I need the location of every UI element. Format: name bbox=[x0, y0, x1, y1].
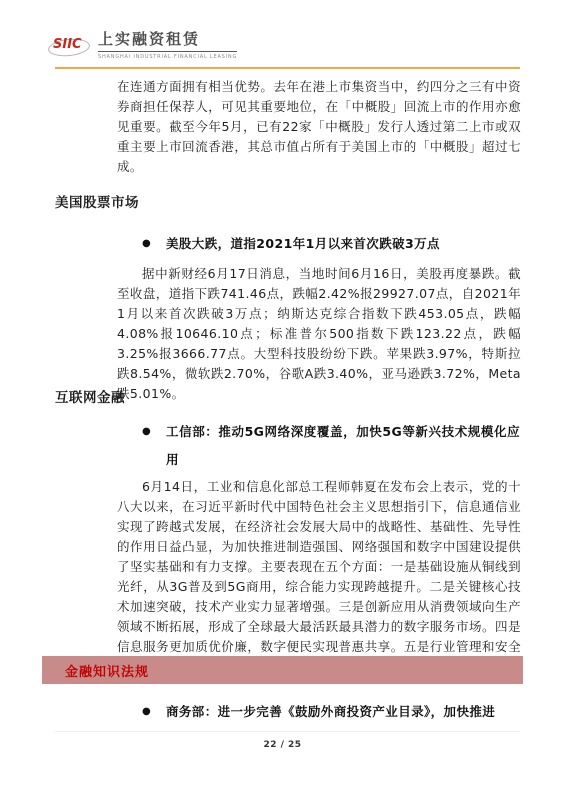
bullet-icon: ● bbox=[142, 418, 166, 446]
internet-finance-paragraph: 6月14日，工业和信息化部总工程师韩夏在发布会上表示，党的十八大以来，在习近平新… bbox=[117, 477, 521, 677]
company-name-cn: 上实融资租赁 bbox=[98, 28, 237, 52]
us-stock-paragraph: 据中新财经6月17日消息，当地时间6月16日，美股再度暴跌。截至收盘，道指下跌7… bbox=[117, 264, 521, 404]
footer-divider bbox=[55, 731, 520, 732]
bullet-item-us-stock: ● 美股大跌，道指2021年1月以来首次跌破3万点 bbox=[142, 230, 520, 258]
banner-label: 金融知识法规 bbox=[65, 661, 149, 680]
company-name-en: SHANGHAI INDUSTRIAL FINANCIAL LEASING bbox=[98, 54, 237, 60]
section-heading-us-stock-market: 美国股票市场 bbox=[55, 191, 139, 211]
bullet-item-mofcom: ● 商务部：进一步完善《鼓励外商投资产业目录》，加快推进 bbox=[142, 698, 520, 726]
page-number: 22 / 25 bbox=[0, 740, 565, 750]
siic-logo-text: SIIC bbox=[53, 37, 82, 52]
section-heading-internet-finance: 互联网金融 bbox=[55, 386, 125, 406]
siic-logo-icon: SIIC bbox=[48, 34, 92, 60]
bullet-item-title: 美股大跌，道指2021年1月以来首次跌破3万点 bbox=[166, 230, 520, 258]
bullet-icon: ● bbox=[142, 698, 166, 726]
bullet-item-title: 工信部：推动5G网络深度覆盖，加快5G等新兴技术规模化应用 bbox=[166, 418, 520, 474]
intro-paragraph: 在连通方面拥有相当优势。去年在港上市集资当中，约四分之三有中资券商担任保荐人，可… bbox=[117, 77, 521, 177]
bullet-item-internet-finance: ● 工信部：推动5G网络深度覆盖，加快5G等新兴技术规模化应用 bbox=[142, 418, 520, 474]
company-name-block: 上实融资租赁 SHANGHAI INDUSTRIAL FINANCIAL LEA… bbox=[98, 28, 237, 60]
header-accent-line bbox=[55, 67, 520, 69]
company-logo: SIIC 上实融资租赁 SHANGHAI INDUSTRIAL FINANCIA… bbox=[48, 28, 237, 60]
bullet-item-title: 商务部：进一步完善《鼓励外商投资产业目录》，加快推进 bbox=[166, 698, 520, 726]
section-banner-finance-regulations: 金融知识法规 bbox=[42, 656, 523, 684]
document-page: SIIC 上实融资租赁 SHANGHAI INDUSTRIAL FINANCIA… bbox=[0, 0, 565, 800]
bullet-icon: ● bbox=[142, 230, 166, 258]
